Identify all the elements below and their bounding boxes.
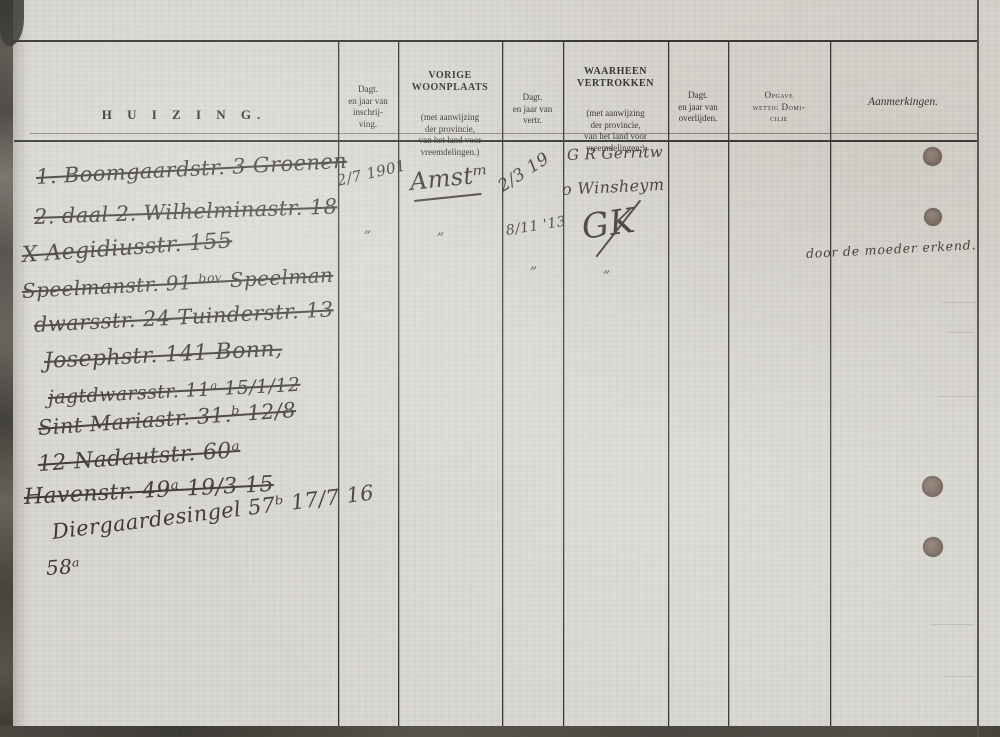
- handwritten-address: 12 Nadautstr. 60ᵃ: [37, 438, 241, 477]
- handwritten-address: Speelmanstr. 91 ᵇᵒᵛ Speelman: [21, 263, 333, 303]
- handwritten-address: 1. Boomgaardstr. 3 Groenen: [35, 149, 347, 189]
- column-header-huizing: H U I Z I N G.: [30, 88, 338, 124]
- handwritten-address: dwarsstr. 24 Tuinderstr. 13: [33, 297, 334, 337]
- handwritten-date: 8/11 '13: [505, 214, 568, 239]
- column-header-aanmerkingen: Aanmerkingen.: [831, 84, 975, 108]
- punch-dot: [923, 147, 942, 166]
- punch-dot: [924, 208, 942, 226]
- scan-artifact-line: [938, 396, 978, 397]
- handwritten-date: 2/3 19: [495, 149, 554, 197]
- column-header-inschrijving: Dagt. en jaar van inschrij- ving.: [339, 66, 397, 148]
- paper-edge-shadow: [13, 0, 29, 737]
- scan-artifact-line: [948, 332, 974, 333]
- table-top-rule: [12, 40, 978, 42]
- punch-dot: [922, 476, 943, 497]
- punch-dot: [923, 537, 943, 557]
- handwritten-destination: G R Gerritw: [567, 143, 664, 164]
- handwritten-address: Josephstr. 141 Bonn,: [43, 337, 283, 374]
- ditto-mark: „: [364, 220, 372, 236]
- column-header-overlijden: Dagt. en jaar van overlijden.: [669, 72, 727, 143]
- scan-artifact-line: [944, 676, 974, 677]
- ditto-mark: „: [603, 260, 611, 276]
- column-rule-5: [668, 41, 669, 727]
- scan-artifact-line: [942, 302, 978, 303]
- column-header-opgave-domicilie: Opgave wettig Domi- cilie: [729, 72, 829, 143]
- scan-edge-right: [977, 0, 1000, 737]
- column-rule-6: [728, 41, 729, 727]
- column-header-vorige-woonplaats: VORIGE WOONPLAATS (met aanwijzing der pr…: [399, 52, 501, 176]
- handwritten-remark: door de moeder erkend.: [806, 237, 977, 261]
- handwritten-destination: o Winsheym: [562, 175, 665, 199]
- huizing-label: H U I Z I N G.: [102, 107, 267, 122]
- handwritten-address: X Aegidiusstr. 155: [21, 228, 233, 268]
- handwritten-address: 58ᵃ: [45, 554, 81, 580]
- scan-artifact-line: [930, 624, 974, 625]
- column-rule-7: [830, 41, 831, 727]
- register-card-scan: H U I Z I N G. Dagt. en jaar van inschri…: [0, 0, 1000, 737]
- ditto-mark: „: [437, 222, 445, 238]
- scan-edge-left: [0, 0, 13, 737]
- column-header-vertrek: Dagt. en jaar van vertr.: [503, 74, 562, 145]
- ditto-mark: „: [530, 256, 538, 272]
- scan-edge-bottom: [0, 726, 1000, 737]
- handwritten-address: 2. daal 2. Wilhelminastr. 18: [34, 194, 338, 229]
